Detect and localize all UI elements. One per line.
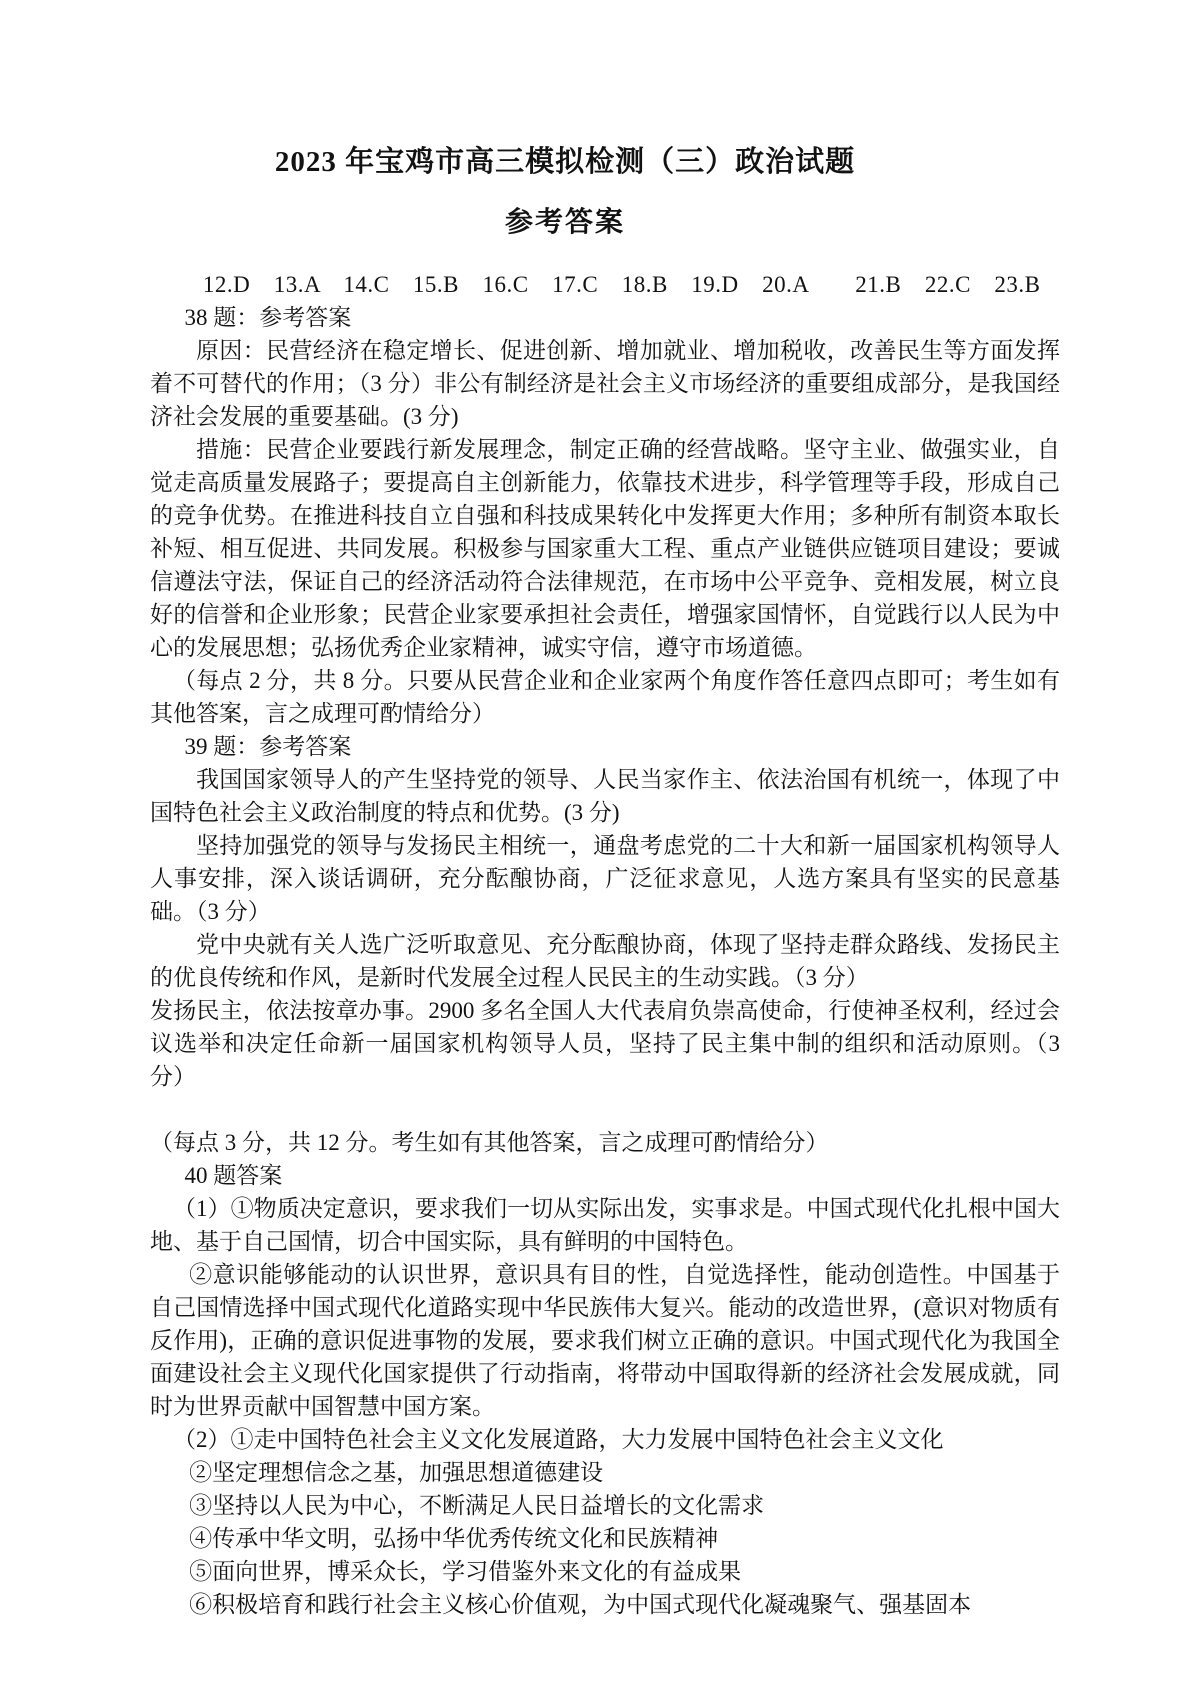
q40-part1-point1: （1）①物质决定意识，要求我们一切从实际出发，实事求是。中国式现代化扎根中国大地… <box>150 1192 1060 1258</box>
document-subtitle: 参考答案 <box>150 208 980 238</box>
q38-measures: 措施：民营企业要践行新发展理念，制定正确的经营战略。坚守主业、做强实业，自觉走高… <box>150 433 1060 664</box>
q38-scoring-note: （每点 2 分，共 8 分。只要从民营企业和企业家两个角度作答任意四点即可；考生… <box>150 664 1060 730</box>
q39-point3: 党中央就有关人选广泛听取意见、充分酝酿协商，体现了坚持走群众路线、发扬民主的优良… <box>150 928 1060 994</box>
q40-part2-point5: ⑤面向世界，博采众长，学习借鉴外来文化的有益成果 <box>150 1555 1060 1588</box>
q39-point2: 坚持加强党的领导与发扬民主相统一，通盘考虑党的二十大和新一届国家机构领导人人事安… <box>150 829 1060 928</box>
q40-part2-point2: ②坚定理想信念之基，加强思想道德建设 <box>150 1456 1060 1489</box>
q39-header: 39 题：参考答案 <box>150 730 1060 763</box>
q39-point4: 发扬民主，依法按章办事。2900 多名全国人大代表肩负崇高使命，行使神圣权利，经… <box>150 994 1060 1093</box>
q39-point1: 我国国家领导人的产生坚持党的领导、人民当家作主、依法治国有机统一，体现了中国特色… <box>150 763 1060 829</box>
document-page: 2023 年宝鸡市高三模拟检测（三）政治试题 参考答案 12.D 13.A 14… <box>0 0 1200 1697</box>
q40-part2-point1: （2）①走中国特色社会主义文化发展道路，大力发展中国特色社会主义文化 <box>150 1423 1060 1456</box>
choice-answers-row: 12.D 13.A 14.C 15.B 16.C 17.C 18.B 19.D … <box>150 268 1060 301</box>
q40-part2-point4: ④传承中华文明，弘扬中华优秀传统文化和民族精神 <box>150 1522 1060 1555</box>
document-title: 2023 年宝鸡市高三模拟检测（三）政治试题 <box>150 146 980 178</box>
document-body: 12.D 13.A 14.C 15.B 16.C 17.C 18.B 19.D … <box>150 268 1060 1621</box>
q38-header: 38 题：参考答案 <box>150 301 1060 334</box>
q40-part2-point6: ⑥积极培育和践行社会主义核心价值观，为中国式现代化凝魂聚气、强基固本 <box>150 1588 1060 1621</box>
q40-part2-point3: ③坚持以人民为中心，不断满足人民日益增长的文化需求 <box>150 1489 1060 1522</box>
q38-reason: 原因：民营经济在稳定增长、促进创新、增加就业、增加税收，改善民生等方面发挥着不可… <box>150 334 1060 433</box>
q40-header: 40 题答案 <box>150 1159 1060 1192</box>
document-header: 2023 年宝鸡市高三模拟检测（三）政治试题 参考答案 <box>150 146 980 238</box>
q40-part1-point2: ②意识能够能动的认识世界，意识具有目的性，自觉选择性，能动创造性。中国基于自己国… <box>150 1258 1060 1423</box>
q39-scoring-note: （每点 3 分，共 12 分。考生如有其他答案，言之成理可酌情给分） <box>150 1126 1060 1159</box>
